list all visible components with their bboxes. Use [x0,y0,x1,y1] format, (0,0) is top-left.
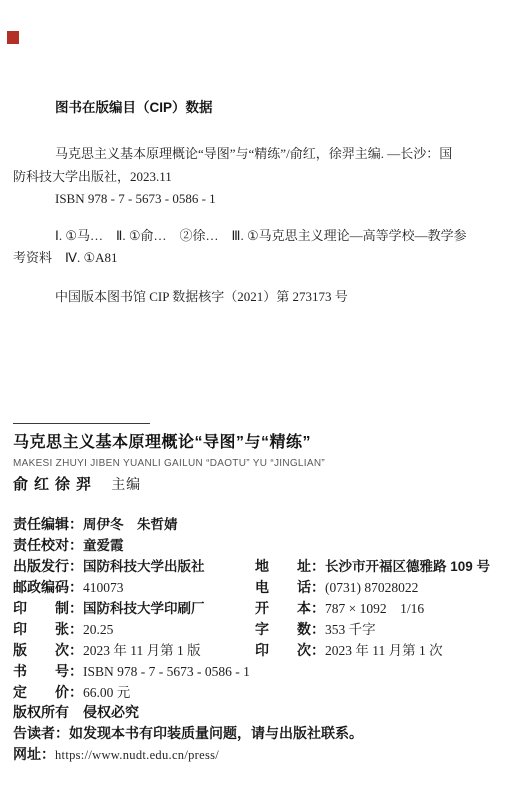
publication-row: 版 次：2023 年 11 月第 1 版 印 次：2023 年 11 月第 1 … [13,640,505,661]
field-value: 787 × 1092 1/16 [325,601,424,616]
field-label: 地 址： [255,558,325,574]
publication-row: 出版发行：国防科技大学出版社 地 址：长沙市开福区德雅路 109 号 [13,556,505,577]
authors-line: 俞红徐羿 主编 [13,475,490,494]
publication-row: 印 制：国防科技大学印刷厂 开 本：787 × 1092 1/16 [13,598,505,619]
field-value: ISBN 978 - 7 - 5673 - 0586 - 1 [83,664,250,679]
field-label: 版 次： [13,642,83,658]
book-title-pinyin: MAKESI ZHUYI JIBEN YUANLI GAILUN “DAOTU”… [13,457,490,470]
book-title: 马克思主义基本原理概论“导图”与“精练” [13,433,490,453]
author-role: 主编 [111,476,141,492]
field-label: 印 张： [13,621,83,637]
field-label: 开 本： [255,600,325,616]
website-label: 网址： [13,746,55,762]
field-value: 2023 年 11 月第 1 版 [83,643,201,658]
book-copyright-page: { "marker": { "color": "#b23028" }, "cip… [0,0,510,800]
cip-classification: Ⅰ. ①马… Ⅱ. ①俞… ②徐… Ⅲ. ①马克思主义理论—高等学校—教学参 考… [13,225,490,270]
field-label: 字 数： [255,621,325,637]
field-value: 410073 [83,580,124,595]
field-value: 66.00 元 [83,685,130,700]
publication-details: 责任编辑：周伊冬 朱哲婧 责任校对：童爱霞 出版发行：国防科技大学出版社 地 址… [13,514,505,703]
field-label: 责任编辑： [13,516,83,532]
field-label: 印 次： [255,642,325,658]
field-value: 2023 年 11 月第 1 次 [325,643,443,658]
field-label: 定 价： [13,684,83,700]
field-value: 周伊冬 朱哲婧 [83,517,178,532]
red-corner-marker [7,31,19,44]
website-line: 网址：https://www.nudt.edu.cn/press/ [13,744,505,766]
field-value: 长沙市开福区德雅路 109 号 [325,559,490,574]
field-label: 责任校对： [13,537,83,553]
cip-heading: 图书在版编目（CIP）数据 [55,99,490,117]
cip-record-number: 中国版本图书馆 CIP 数据核字（2021）第 273173 号 [55,286,490,309]
field-value: 20.25 [83,622,113,637]
copyright-notice: 版权所有 侵权必究 告读者：如发现本书有印装质量问题，请与出版社联系。 网址：h… [13,702,505,766]
field-label: 邮政编码： [13,579,83,595]
cip-entry-line: 马克思主义基本原理概论“导图”与“精练”/俞红，徐羿主编. —长沙：国 [55,143,490,166]
field-value: (0731) 87028022 [325,580,418,595]
author-names: 俞红徐羿 [13,476,97,493]
divider-line [13,423,150,424]
publication-row: 书 号：ISBN 978 - 7 - 5673 - 0586 - 1 [13,661,505,682]
field-label: 书 号： [13,663,83,679]
field-value: 国防科技大学出版社 [83,559,205,574]
publication-row: 责任编辑：周伊冬 朱哲婧 [13,514,505,535]
publication-row: 责任校对：童爱霞 [13,535,505,556]
cip-classification-line: Ⅰ. ①马… Ⅱ. ①俞… ②徐… Ⅲ. ①马克思主义理论—高等学校—教学参 [55,225,490,248]
field-value: 国防科技大学印刷厂 [83,601,205,616]
publication-row: 邮政编码：410073 电 话：(0731) 87028022 [13,577,505,598]
cip-classification-line: 考资料 Ⅳ. ①A81 [13,247,490,270]
field-label: 电 话： [255,579,325,595]
field-label: 印 制： [13,600,83,616]
publication-row: 印 张：20.25 字 数：353 千字 [13,619,505,640]
cip-entry-line: 防科技大学出版社，2023.11 [13,166,490,189]
website-url: https://www.nudt.edu.cn/press/ [55,748,219,762]
title-block: 马克思主义基本原理概论“导图”与“精练” MAKESI ZHUYI JIBEN … [13,423,490,494]
cip-entry: 马克思主义基本原理概论“导图”与“精练”/俞红，徐羿主编. —长沙：国 防科技大… [13,143,490,211]
field-value: 童爱霞 [83,538,124,553]
field-label: 出版发行： [13,558,83,574]
field-value: 353 千字 [325,622,376,637]
rights-statement: 版权所有 侵权必究 [13,702,505,723]
cip-data-block: 图书在版编目（CIP）数据 马克思主义基本原理概论“导图”与“精练”/俞红，徐羿… [13,99,490,308]
publication-row: 定 价：66.00 元 [13,682,505,703]
cip-isbn-line: ISBN 978 - 7 - 5673 - 0586 - 1 [55,188,490,211]
reader-note: 告读者：如发现本书有印装质量问题，请与出版社联系。 [13,723,505,744]
